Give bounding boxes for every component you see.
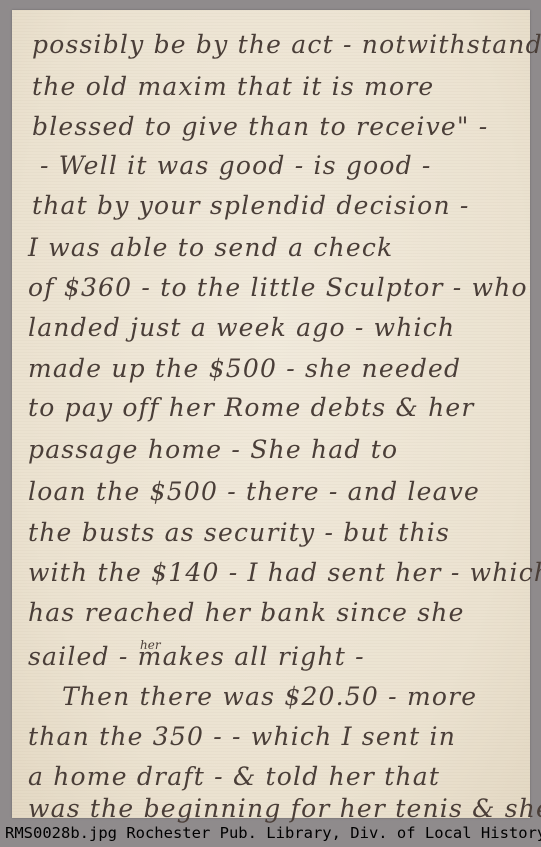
letter-line-6: I was able to send a check xyxy=(28,235,530,260)
letter-line-8: landed just a week ago - which xyxy=(28,315,530,340)
letter-line-16: sailed - makes all right - xyxy=(28,644,530,669)
letter-line-12: loan the $500 - there - and leave xyxy=(28,479,530,504)
letter-line-9: made up the $500 - she needed xyxy=(28,356,530,381)
letter-page: possibly be by the act - notwithstanding… xyxy=(12,10,530,818)
image-caption: RMS0028b.jpg Rochester Pub. Library, Div… xyxy=(5,824,541,842)
letter-line-19: a home draft - & told her that xyxy=(28,764,530,789)
letter-line-4: - Well it was good - is good - xyxy=(40,153,530,178)
letter-line-17: Then there was $20.50 - more xyxy=(62,684,530,709)
letter-line-1: possibly be by the act - notwithstanding xyxy=(32,32,530,57)
letter-line-13: the busts as security - but this xyxy=(28,520,530,545)
letter-line-2: the old maxim that it is more xyxy=(32,74,530,99)
letter-line-18: than the 350 - - which I sent in xyxy=(28,724,530,749)
letter-line-5: that by your splendid decision - xyxy=(32,193,530,218)
letter-line-15: has reached her bank since she xyxy=(28,600,530,625)
letter-line-3: blessed to give than to receive" - xyxy=(32,114,530,139)
letter-line-14: with the $140 - I had sent her - which xyxy=(28,560,530,585)
letter-line-10: to pay off her Rome debts & her xyxy=(28,395,530,420)
letter-line-11: passage home - She had to xyxy=(28,437,530,462)
letter-line-7: of $360 - to the little Sculptor - who xyxy=(28,275,530,300)
letter-line-20: was the beginning for her tenis & shell … xyxy=(28,796,530,821)
